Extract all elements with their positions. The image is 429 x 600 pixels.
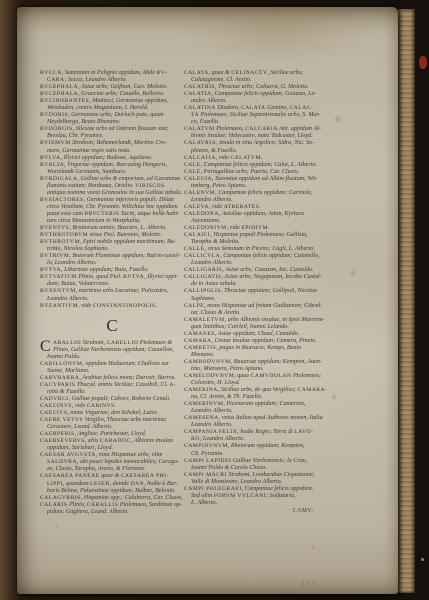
text-line: Colcestre, H. Lloyd. xyxy=(184,380,318,387)
text-line: BVCINOBANTES, Mattiaci, Germaniae oppidu… xyxy=(40,98,184,105)
text-line: gum limitibus; Cairleil, Ioanni Lelando. xyxy=(184,324,318,331)
text-line: CAMPANIA FELIX, hodie Regio; Terra di LA… xyxy=(184,429,318,436)
text-line: Ioanni Poldo. xyxy=(40,354,184,361)
text-line: BVTHROTVM, Epiri nobile oppidum maritimu… xyxy=(40,239,184,246)
text-line: CALCATIA, vide CALATVM. xyxy=(184,155,318,162)
text-line: Leandro Alberto. xyxy=(40,296,184,303)
text-line: tenberg, Petro Apiano. xyxy=(184,183,318,190)
text-line: CAMALETVM, urbs Albionis insulae, in Ips… xyxy=(184,317,318,324)
text-line: CACYPARIS Thucyd. amnis Siciliae; Cassib… xyxy=(40,382,184,389)
red-marker xyxy=(419,56,427,69)
text-line: CALEVA, vide ATREBATES. xyxy=(184,204,318,211)
text-line: CALAVRIA, insula in sinu Argolico; Sidra… xyxy=(184,140,318,147)
text-line: RO, Leandro Alberto. xyxy=(184,436,318,443)
text-line: CADVRCI, Galliae populi; Cahors, Roberto… xyxy=(40,396,184,403)
text-line: CAESAR AVGVSTA, nota Hispaniae urbs, oli… xyxy=(40,452,184,459)
text-line: CAMERINVM, Picenorum oppidum; Camerino, xyxy=(184,401,318,408)
text-line: CALENVM, Campaniae felicis oppidum; Cari… xyxy=(184,190,318,197)
text-line: Leandro Alberto. xyxy=(184,260,318,267)
text-line: Leandro Alberto. xyxy=(184,408,318,415)
text-line: Calatagirone, Cl. Aretio. xyxy=(184,77,318,84)
text-line: CALATINA Diodoro, CALATA Gemino, CALAC- xyxy=(184,105,318,112)
text-line: TA Ptolemaeo, Siciliae Septentrionalis u… xyxy=(184,112,318,119)
text-line: BVXENTVM, maritima urbs Lucaniae; Polica… xyxy=(40,288,184,295)
text-line: CAESAREA PANEAE quae & CAESAREA PHI- xyxy=(40,473,184,480)
text-line: BVLVA, Illyrici oppidum; Budoua, Aquilan… xyxy=(40,155,184,162)
text-line: putat esse cum BRVCTERIS Taciti, atque b… xyxy=(40,211,184,218)
text-line: BYZANTIVM, vide CONSTANTINOPOLIS. xyxy=(40,303,184,310)
text-line: pidum; Gagliera, Leand. Alberto. xyxy=(40,509,184,516)
text-line: CALAICI, Hispaniae populi Ptolemaeo; Gal… xyxy=(184,232,318,239)
text-line: Ioanni Poldo & Carolo Clusio. xyxy=(184,465,318,472)
text-line: CAERSEVERVS, aliis CARADOC, Albionis ins… xyxy=(40,438,184,445)
text-line: dum; Butua, Volaterrano. xyxy=(40,281,184,288)
text-line: Saone, Marliano. xyxy=(40,368,184,375)
text-line: CAMBETIS, pagus in Rauracis; Kemps, Beat… xyxy=(184,345,318,352)
text-line: za, Clusio, Tarapha, Aretio, & Floriano. xyxy=(40,466,184,473)
text-line: CAMPI MACRI Straboni, Lombardiae Cispada… xyxy=(184,472,318,479)
text-line: antiqua nomina vocat Gronouius in sua Ga… xyxy=(40,190,184,197)
photo-background: BVCCA, Samnitum in Pelignis oppidum, Mel… xyxy=(0,0,429,600)
text-line: CAMPI LAPIDEI Galliae Narbonensis; la Cr… xyxy=(184,458,318,465)
text-line: BVCCA, Samnitum in Pelignis oppidum, Mel… xyxy=(40,70,184,77)
text-line: CABILLONVM, oppidum Heduorum; Challons s… xyxy=(40,361,184,368)
text-line: CAECIVS, mons Vngariae; den Schekel, Laz… xyxy=(40,410,184,417)
text-line: BVTRIVM, Boiorum Flaminiae oppidum; Butr… xyxy=(40,253,184,260)
text-line: Plinio, Galliae Narbonensis oppidum; Cau… xyxy=(40,347,184,354)
text-line: CARA; Secca, Leandro Alberto. xyxy=(40,77,184,84)
text-line: CALATA, quae & CELINACTV, Siciliae urbs; xyxy=(184,70,318,77)
text-line: Sed olim FORVM VVLCANI; Solfataria, xyxy=(184,493,318,500)
text-line: do in Asiae tabula. xyxy=(184,281,318,288)
text-line: BVENTVS, Brutiorum amnis; Buscaro, L. Al… xyxy=(40,225,184,232)
text-line: CALAGVRRIS, Hispaniae opp.; Calahorra, C… xyxy=(40,495,184,502)
text-line: BVRCIA, Vngariae oppidum; Barczalag Hung… xyxy=(40,162,184,169)
text-line: CALATIA, Campaniae felicis oppidum; Gaia… xyxy=(184,91,318,98)
text-line: BVSIACTORES, Germaniae inferioris populi… xyxy=(40,197,184,204)
text-line: CAMERINA, Siciliae urbs, de qua Vergiliu… xyxy=(184,387,318,394)
text-line: fluminis ostium; Bordeaux, Ortelio. VIBI… xyxy=(40,183,184,190)
text-line: CALEDONA, Aetoliae oppidum; Aiton, Kyria… xyxy=(184,211,318,218)
text-line: CABALLIO Straboni, CABELLIO Ptolemaeo & xyxy=(40,340,184,347)
text-line: trinto, Nicolao Sophiano. xyxy=(40,246,184,253)
text-line: CALPE, mons Hispaniae ad fretum Gaditanu… xyxy=(184,303,318,310)
text-column-right: CALATA, quae & CELINACTV, Siciliae urbs;… xyxy=(184,70,318,507)
text-line: CAMBODVNVM, Bauariae oppidum; Kempten, A… xyxy=(184,359,318,366)
paper-speck xyxy=(421,558,424,561)
text-line: Ch. Pyramio. xyxy=(184,451,318,458)
text-line: baris Belina, Palaestinae oppidum; Balbe… xyxy=(40,488,184,495)
text-line: CALE, Portugalliae urbs; Puerto, Car. Cl… xyxy=(184,169,318,176)
text-line: circa Vesaliam, Chr. Pyramio. Wilichius … xyxy=(40,204,184,211)
text-line: CABVBARRA, Arabiae felicis mons; Durveir… xyxy=(40,375,184,382)
text-line: mero, Germaniae regio satis nota. xyxy=(40,148,184,155)
text-line: Weisbaden, contra Maguntiam, I. Herold. xyxy=(40,105,184,112)
text-line: na, Cl. Aretio, & Th. Fazello. xyxy=(184,394,318,401)
text-line: BVRDIGALA, Galliae urbs & emporium, ad G… xyxy=(40,176,184,183)
text-line: tino, Munstero, Petro Apiano. xyxy=(184,366,318,373)
text-line: CALE, Campaniae felicis oppidum; Calui, … xyxy=(184,162,318,169)
text-line: Leandro Alberto. xyxy=(184,197,318,204)
text-line: Wurtzlandt Germanis, Sambuco. xyxy=(40,169,184,176)
book-fore-edge xyxy=(398,9,415,593)
text-line: BVTVATIVM Plinio, quod Ptol. BVTVA, Illy… xyxy=(40,274,184,281)
text-line: andro Alberto. xyxy=(184,98,318,105)
text-line: CAERE VETVS Vergilio, Thusciae urbs mari… xyxy=(40,417,184,424)
book-page: BVCCA, Samnitum in Pelignis oppidum, Mel… xyxy=(17,7,398,594)
text-line: tar, Clusio & Aretio. xyxy=(184,310,318,317)
text-line: CAMPIDVNVM, Rhetorum oppidum; Kempten, xyxy=(184,443,318,450)
text-line: BVCEPHALA, Asiae urbs; Gelfiton, Cæs. Mo… xyxy=(40,84,184,91)
text-line: CAMARA, Cretae insulae oppidum; Camera, … xyxy=(184,338,318,345)
text-line: CAMANES, Asiae oppidum; Chaul, Castaldo. xyxy=(184,331,318,338)
text-line: phiano, & Fazello. xyxy=(184,148,318,155)
text-line: SALDVBA, ubi pauci lapides memorabiles; … xyxy=(40,459,184,466)
catchword: CAMV- xyxy=(184,508,314,514)
text-line: CALLICVLA, Campaniae felicis oppidum; Ca… xyxy=(184,253,318,260)
text-line: co, Fazello. xyxy=(184,119,318,126)
text-line: oppidum; Sarisburi, Lloyd. xyxy=(40,445,184,452)
text-line: L. Alberto. xyxy=(184,500,318,507)
text-line: bionis insulae; Helecastre, nunc Tadcast… xyxy=(184,133,318,140)
text-line: Sophiano. xyxy=(184,296,318,303)
text-line: CAMPI PHLEGRAEI, Campaniae felicis oppid… xyxy=(184,486,318,493)
text-line: Breslau, Chr. Pyramio. xyxy=(40,133,184,140)
drop-cap: C xyxy=(40,340,51,354)
text-line: CALATVM Ptolemaeo, CALCARIA Ant. oppidum… xyxy=(184,126,318,133)
text-line: BVTHROTORVM sinus Ptol. Butronio, Moleti… xyxy=(40,232,184,239)
text-line: CAMELODVNVM, quae CAMVDOLAN Ptolemaeo; xyxy=(184,373,318,380)
text-line: CALLIPOLIS, Thraciae oppidum; Gallipoli,… xyxy=(184,288,318,295)
text-line: CALEDONIVM, vide EPIDIVM. xyxy=(184,225,318,232)
text-line: BVCEPHALA, Graeciae urbs; Cauallo, Bello… xyxy=(40,91,184,98)
text-line: BVIEMVM Straboni; Behemerlandt, Martino … xyxy=(40,140,184,147)
text-line: CAERPERIS, Angliae; Portchester, Lloyd. xyxy=(40,431,184,438)
text-line: Ceruetere, Leand. Alberto. xyxy=(40,424,184,431)
text-line: BVDORGIS, Silesiae urbs ad Oderam fluuiu… xyxy=(40,126,184,133)
text-line: LIPPI, quondam LESER, deinde DAN, hodie … xyxy=(40,481,184,488)
text-line: CALLE, vicus Senonum in Piceno; Cagli, L… xyxy=(184,246,318,253)
text-line: Leandro Alberto. xyxy=(184,422,318,429)
text-line: BVDORIS, Germaniae urbs; Durlach puto, q… xyxy=(40,112,184,119)
text-line: CALATHIS, Thraciae urbs; Caliacra, G. Mo… xyxy=(184,84,318,91)
section-heading: C xyxy=(40,310,184,340)
text-line: CAMESENA, vetus Italiae apud Authores no… xyxy=(184,415,318,422)
text-line: Tarapha & Moletio. xyxy=(184,239,318,246)
text-line: tare circa Monasterium in Westphalia. xyxy=(40,218,184,225)
pencil-annotation: 153 xyxy=(301,578,318,589)
text-line: CALLIGARIS, Asiae urbs; Casaxon, Iac. Ca… xyxy=(184,267,318,274)
text-line: retio & Fazello. xyxy=(40,389,184,396)
text-line: CALEGIA, Saxoniae oppidum ad Albim fluui… xyxy=(184,176,318,183)
text-line: CAECINVS, vide CARINVS. xyxy=(40,403,184,410)
text-line: CALLIGATIS, Asiae urbs; Nagapatam, Iacob… xyxy=(184,274,318,281)
text-line: CALARIS Plinio, CARALLIS Ptolemaeo, Sard… xyxy=(40,502,184,509)
text-column-left: BVCCA, Samnitum in Pelignis oppidum, Mel… xyxy=(40,70,184,516)
text-line: Anconitano. xyxy=(184,218,318,225)
text-line: Rhenano. xyxy=(184,352,318,359)
text-line: BVTVA, Liburniae oppidum; Buia, Fazello. xyxy=(40,267,184,274)
text-line: Valle di Monzirono, Leandro Alberto. xyxy=(184,479,318,486)
text-line: Heydelberga, Beato Rhenano. xyxy=(40,119,184,126)
text-line: lo, Leandro Alberto. xyxy=(40,260,184,267)
